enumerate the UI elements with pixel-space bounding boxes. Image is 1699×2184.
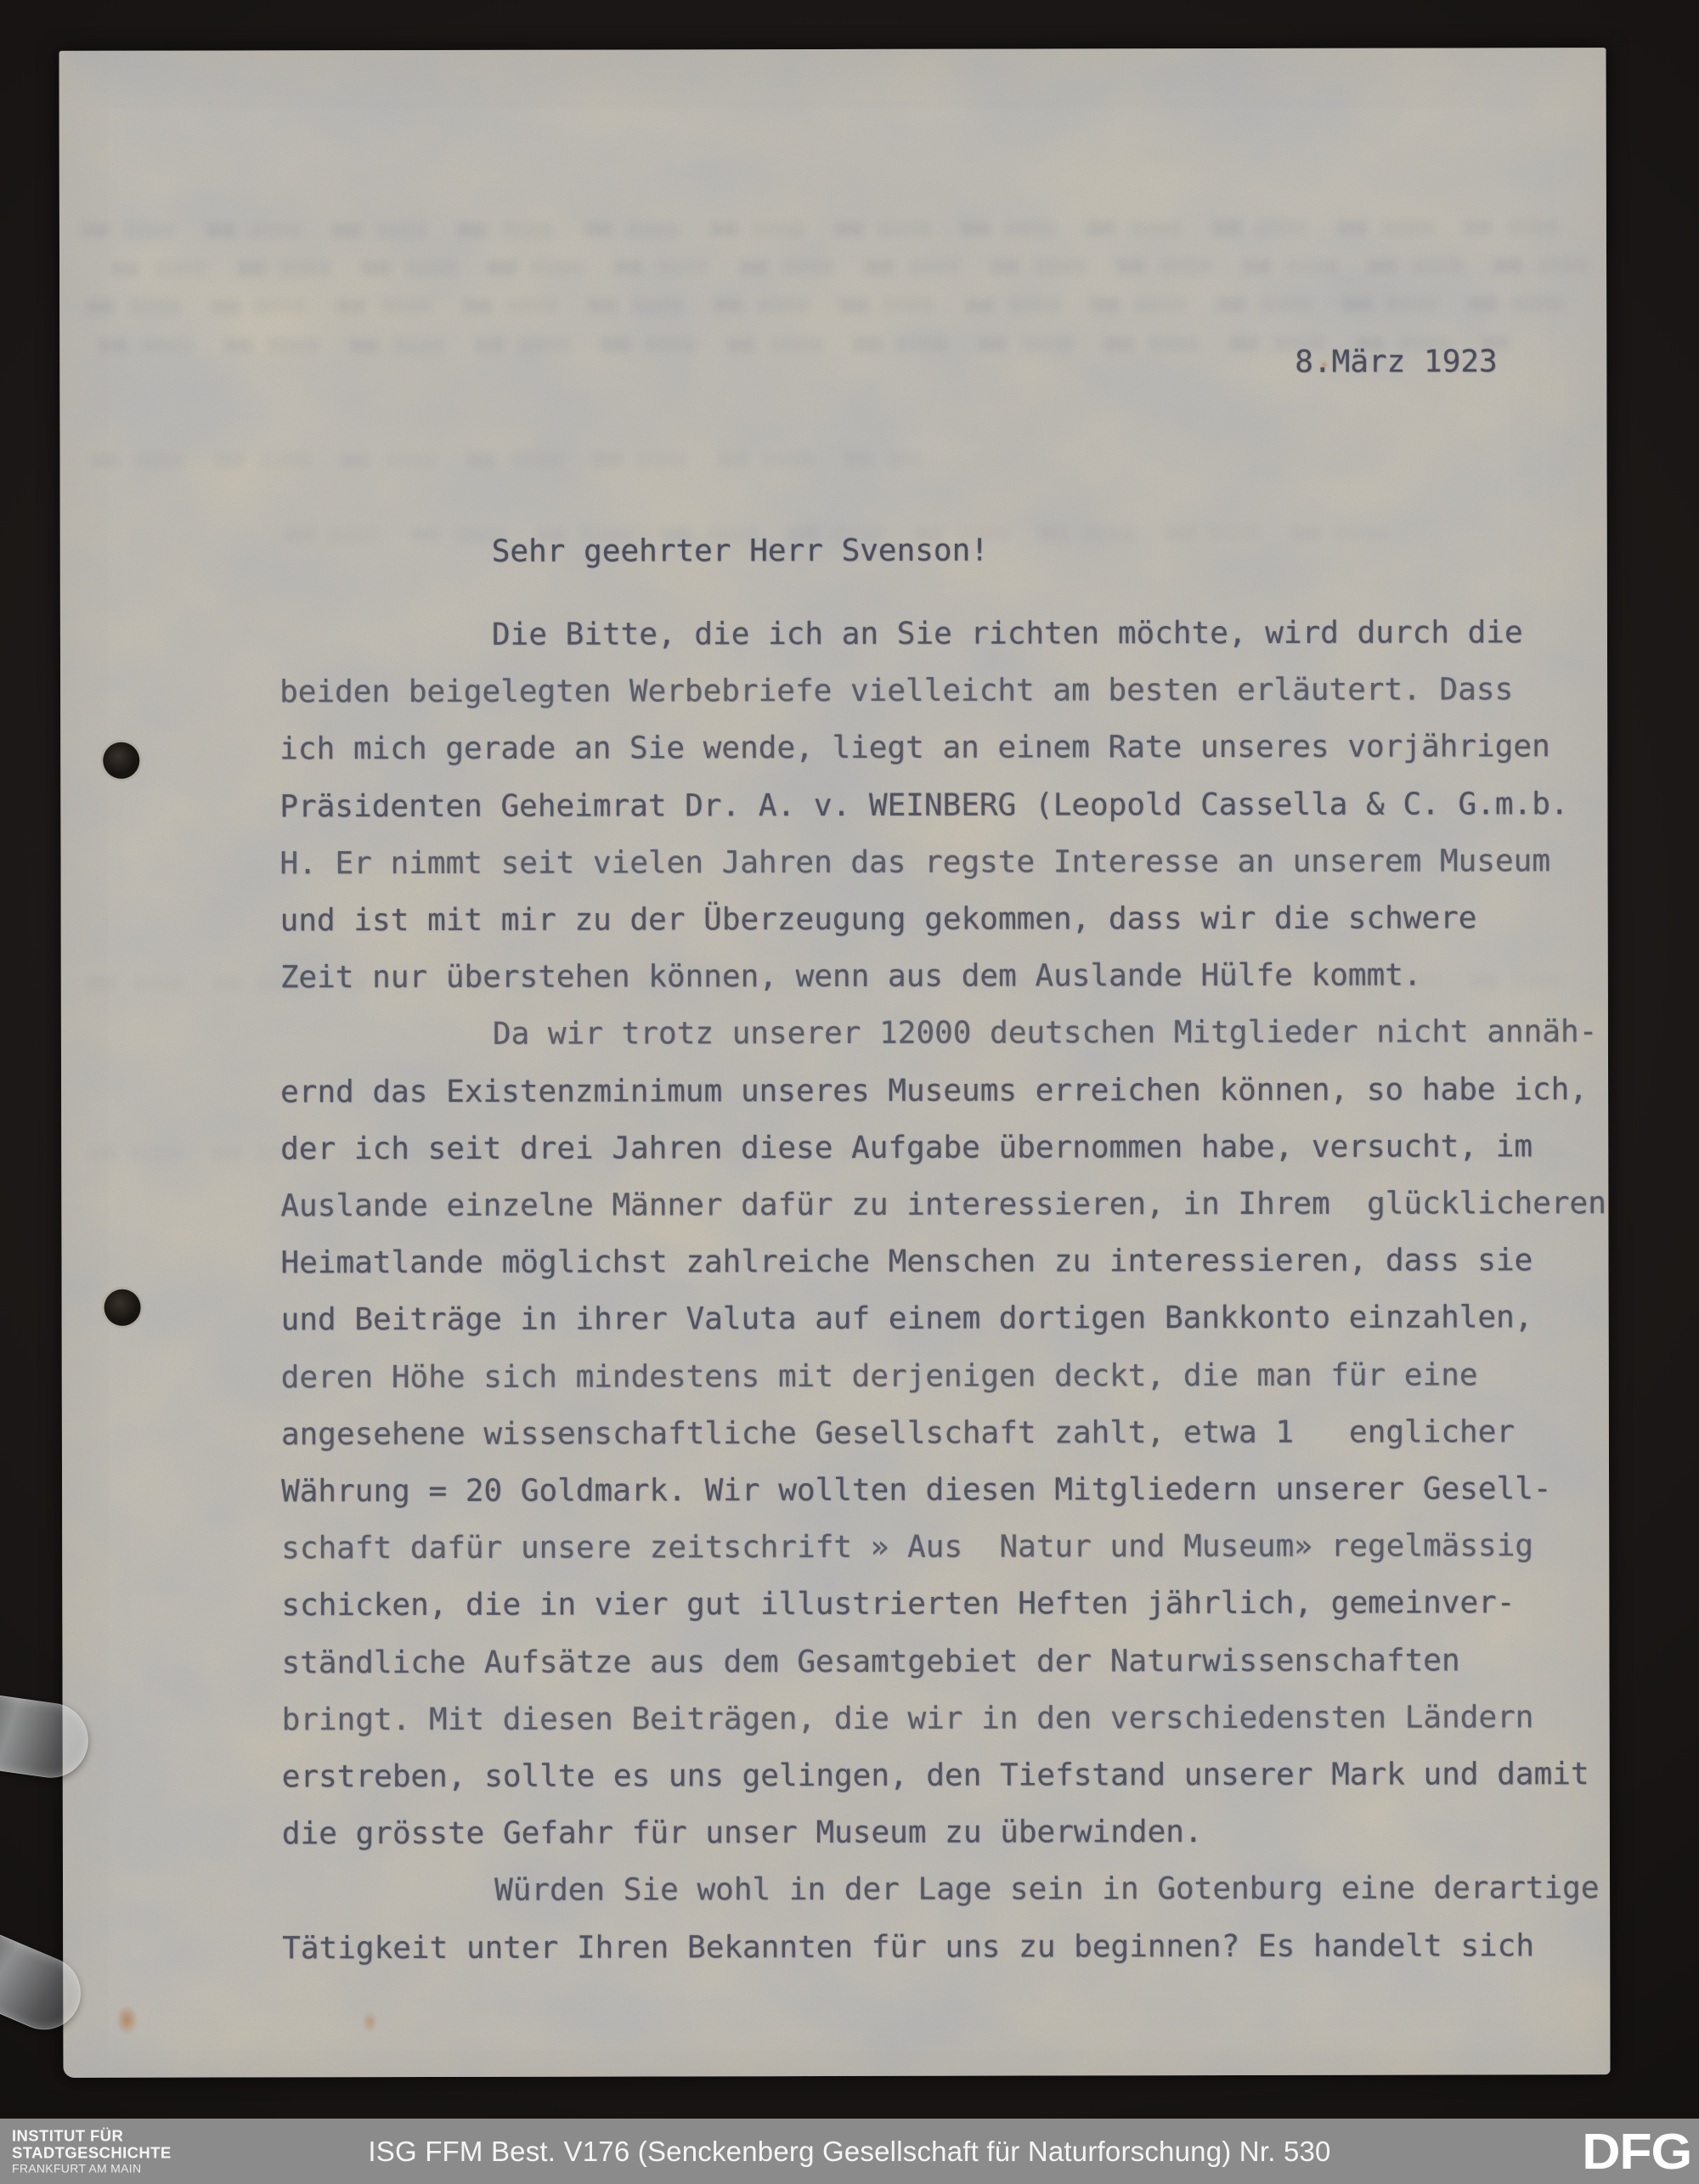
typewritten-line: Tätigkeit unter Ihren Bekannten für uns … — [282, 1917, 1608, 1977]
typewritten-line: Zeit nur überstehen können, wenn aus dem… — [280, 946, 1606, 1006]
typewritten-line: bringt. Mit diesen Beiträgen, die wir in… — [282, 1689, 1608, 1748]
typewritten-line: Auslande einzelne Männer dafür zu intere… — [280, 1175, 1606, 1234]
dfg-logo: DFG — [1582, 2122, 1691, 2180]
institute-logo-line1: INSTITUT FÜR — [12, 2127, 172, 2144]
typewritten-date: 8.März 1923 — [1295, 344, 1498, 379]
typewritten-line: ständliche Aufsätze aus dem Gesamtgebiet… — [281, 1632, 1607, 1691]
typewritten-line: deren Höhe sich mindestens mit derjenige… — [281, 1346, 1607, 1406]
archive-footer-bar: INSTITUT FÜR STADTGESCHICHTE FRANKFURT A… — [0, 2119, 1699, 2184]
punch-hole-bottom — [104, 1290, 141, 1326]
institute-logo-line2: STADTGESCHICHTE — [12, 2144, 172, 2161]
typewritten-line: und ist mit mir zu der Überzeugung gekom… — [280, 889, 1606, 949]
typewritten-line: schaft dafür unsere zeitschrift » Aus Na… — [281, 1517, 1607, 1577]
typewritten-line: Die Bitte, die ich an Sie richten möchte… — [279, 604, 1606, 663]
typewritten-line: Präsidenten Geheimrat Dr. A. v. WEINBERG… — [279, 776, 1606, 835]
typewritten-line: ernd das Existenzminimum unseres Museums… — [280, 1061, 1606, 1120]
typewritten-line: erstreben, sollte es uns gelingen, den T… — [282, 1746, 1608, 1805]
salutation-line: Sehr geehrter Herr Svenson! — [492, 533, 989, 569]
institute-logo: INSTITUT FÜR STADTGESCHICHTE FRANKFURT A… — [12, 2127, 172, 2176]
typewritten-line: beiden beigelegten Werbebriefe vielleich… — [279, 661, 1606, 720]
punch-hole-top — [103, 742, 139, 779]
rust-stain — [362, 2011, 377, 2033]
typewritten-line: ich mich gerade an Sie wende, liegt an e… — [279, 719, 1606, 778]
typewritten-line: H. Er nimmt seit vielen Jahren das regst… — [279, 832, 1606, 892]
typewritten-line: der ich seit drei Jahren diese Aufgabe ü… — [280, 1118, 1606, 1177]
typewritten-line: Heimatlande möglichst zahlreiche Mensche… — [280, 1232, 1606, 1291]
typewritten-line: Währung = 20 Goldmark. Wir wollten diese… — [281, 1460, 1607, 1520]
bleedthrough-smudge — [81, 220, 1572, 238]
archive-photograph: 8.März 1923 Sehr geehrter Herr Svenson! … — [0, 0, 1699, 2184]
typewritten-line: die grösste Gefahr für unser Museum zu ü… — [282, 1803, 1608, 1862]
letter-sheet: 8.März 1923 Sehr geehrter Herr Svenson! … — [59, 48, 1611, 2078]
bleedthrough-smudge — [89, 452, 922, 468]
letter-body: Die Bitte, die ich an Sie richten möchte… — [279, 604, 1608, 1977]
institute-logo-line3: FRANKFURT AM MAIN — [12, 2163, 172, 2176]
archive-reference-caption: ISG FFM Best. V176 (Senckenberg Gesellsc… — [368, 2136, 1330, 2168]
bleedthrough-smudge — [85, 296, 1589, 314]
bleedthrough-smudge — [110, 258, 1589, 276]
typewritten-line: angesehene wissenschaftliche Gesellschaf… — [281, 1403, 1607, 1463]
rust-stain — [116, 2005, 138, 2035]
typewritten-line: und Beiträge in ihrer Valuta auf einem d… — [281, 1290, 1607, 1349]
typewritten-line: Da wir trotz unserer 12000 deutschen Mit… — [280, 1004, 1606, 1064]
typewritten-line: schicken, die in vier gut illustrierten … — [281, 1575, 1607, 1634]
typewritten-line: Würden Sie wohl in der Lage sein in Gote… — [282, 1860, 1608, 1920]
